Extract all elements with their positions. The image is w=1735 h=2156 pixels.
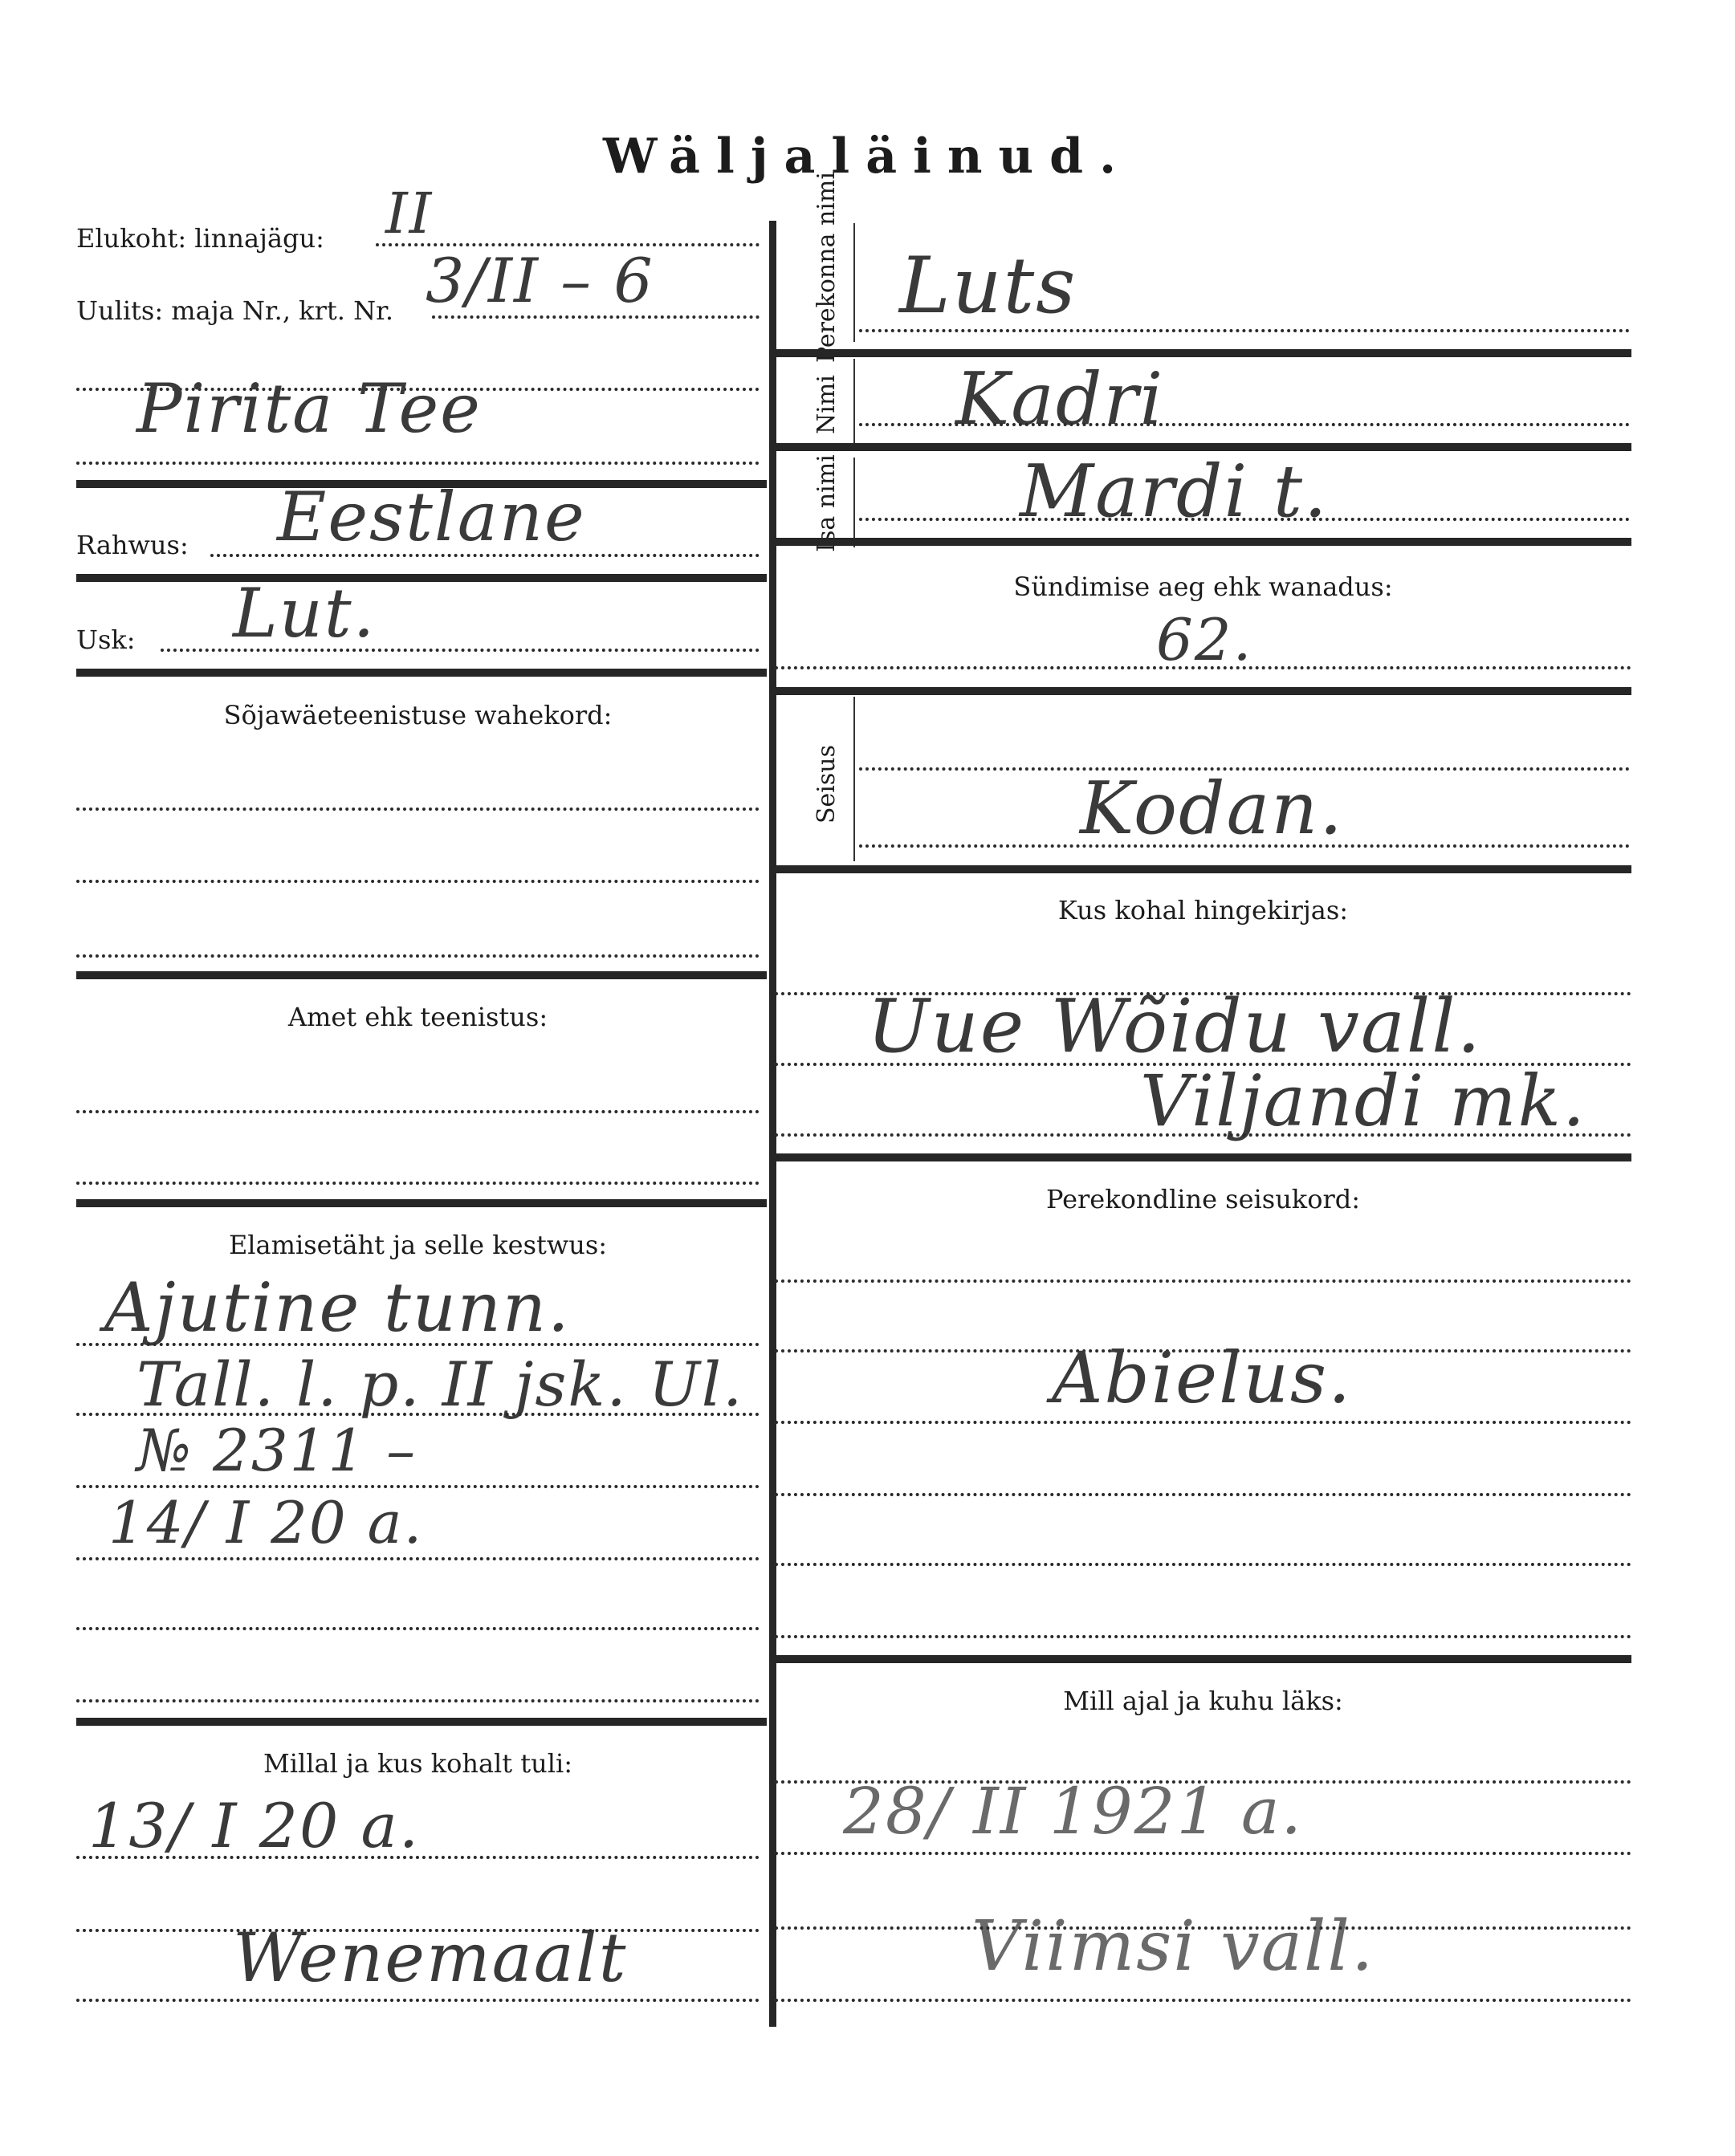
nimi-value: Kadri — [955, 357, 1164, 441]
perekondline-line-3 — [775, 1421, 1631, 1424]
seisus-line-2 — [859, 844, 1630, 848]
divider-usk — [76, 574, 767, 582]
amet-line-2 — [76, 1182, 760, 1185]
sundimise-value: 62. — [1156, 606, 1253, 673]
mill-ajal-line-4 — [775, 1999, 1631, 2002]
uulits-value: 3/II – 6 — [426, 245, 654, 316]
elamisetaht-line-5 — [76, 1627, 760, 1630]
millal-tuli-line-1 — [76, 1856, 760, 1859]
kus-kohal-label: Kus kohal hingekirjas: — [775, 895, 1631, 925]
elamisetaht-label: Elamisetäht ja selle kestwus: — [76, 1230, 760, 1260]
street-value: Pirita Tee — [136, 369, 482, 448]
perekonna-nimi-value: Luts — [899, 241, 1077, 331]
isa-nimi-value: Mardi t. — [1020, 450, 1329, 534]
millal-tuli-label: Millal ja kus kohalt tuli: — [76, 1748, 760, 1779]
perekondline-line-1 — [775, 1279, 1631, 1283]
seisus-label: Seisus — [813, 704, 841, 864]
kus-kohal-line-3 — [775, 1133, 1631, 1137]
uulits-label: Uulits: maja Nr., krt. Nr. — [76, 295, 393, 326]
amet-label: Amet ehk teenistus: — [76, 1002, 760, 1032]
divider-perekondline — [775, 1153, 1631, 1161]
isa-nimi-line — [859, 518, 1630, 521]
usk-value: Lut. — [233, 574, 376, 653]
mill-ajal-line-3 — [775, 1926, 1631, 1930]
divider-elamisetaht — [76, 1199, 767, 1207]
millal-tuli-line-3 — [76, 1999, 760, 2002]
usk-label: Usk: — [76, 624, 136, 655]
rahwus-label: Rahwus: — [76, 530, 189, 560]
divider-amet — [76, 971, 767, 979]
name-label-divider-3 — [853, 458, 855, 547]
isa-nimi-label: Isa nimi — [813, 423, 841, 584]
elamisetaht-line-2 — [76, 1413, 760, 1416]
sundimise-line — [775, 666, 1631, 669]
divider-seisus — [775, 687, 1631, 695]
perekonna-nimi-line — [859, 329, 1630, 332]
seisus-label-divider — [853, 697, 855, 861]
amet-line-1 — [76, 1110, 760, 1113]
mill-ajal-value-2: Viimsi vall. — [971, 1906, 1375, 1987]
sojavae-line-1 — [76, 807, 760, 811]
divider-millal-tuli — [76, 1718, 767, 1726]
mill-ajal-label: Mill ajal ja kuhu läks: — [775, 1686, 1631, 1716]
perekondline-value: Abielus. — [1052, 1336, 1352, 1419]
perekondline-line-5 — [775, 1563, 1631, 1566]
usk-line — [161, 649, 760, 652]
seisus-value: Kodan. — [1080, 767, 1344, 851]
name-label-divider-1 — [853, 223, 855, 342]
elamisetaht-line-3 — [76, 1485, 760, 1488]
divider-sojavae — [76, 669, 767, 677]
elamisetaht-value-1: Ajutine tunn. — [104, 1268, 571, 1347]
millal-tuli-value-1: 13/ I 20 a. — [88, 1790, 420, 1861]
street-line-bottom — [76, 462, 760, 465]
rahwus-value: Eestlane — [277, 478, 586, 556]
name-label-divider-2 — [853, 359, 855, 449]
divider-kus-kohal — [775, 865, 1631, 873]
perekondline-label: Perekondline seisukord: — [775, 1184, 1631, 1214]
kus-kohal-value-2: Viljandi mk. — [1140, 1060, 1586, 1142]
kus-kohal-value-1: Uue Wõidu vall. — [867, 983, 1482, 1069]
sojavae-label: Sõjawäeteenistuse wahekord: — [76, 700, 760, 730]
sojavae-line-3 — [76, 954, 760, 958]
elukoht-label: Elukoht: linnajägu: — [76, 223, 324, 254]
elamisetaht-line-6 — [76, 1699, 760, 1702]
nimi-line — [859, 423, 1630, 426]
center-divider — [769, 221, 776, 2027]
mill-ajal-line-2 — [775, 1852, 1631, 1855]
mill-ajal-value-1: 28/ II 1921 a. — [843, 1774, 1303, 1849]
perekondline-line-6 — [775, 1635, 1631, 1638]
divider-mill-ajal — [775, 1655, 1631, 1663]
elamisetaht-value-4: 14/ I 20 a. — [108, 1489, 423, 1556]
rahwus-line — [210, 554, 760, 557]
millal-tuli-line-2 — [76, 1929, 760, 1932]
elukoht-value: II — [385, 181, 433, 246]
sundimise-label: Sündimise aeg ehk wanadus: — [775, 572, 1631, 602]
elamisetaht-line-4 — [76, 1557, 760, 1560]
form-title: Wäljaläinud. — [0, 128, 1735, 185]
divider-sundimise — [775, 538, 1631, 546]
elamisetaht-value-2: Tall. l. p. II jsk. Ul. — [136, 1349, 743, 1420]
divider-nimi — [775, 349, 1631, 357]
uulits-line — [432, 315, 760, 319]
sojavae-line-2 — [76, 880, 760, 883]
perekondline-line-4 — [775, 1493, 1631, 1496]
elamisetaht-line-1 — [76, 1343, 760, 1346]
elamisetaht-value-3: № 2311 – — [136, 1417, 417, 1484]
